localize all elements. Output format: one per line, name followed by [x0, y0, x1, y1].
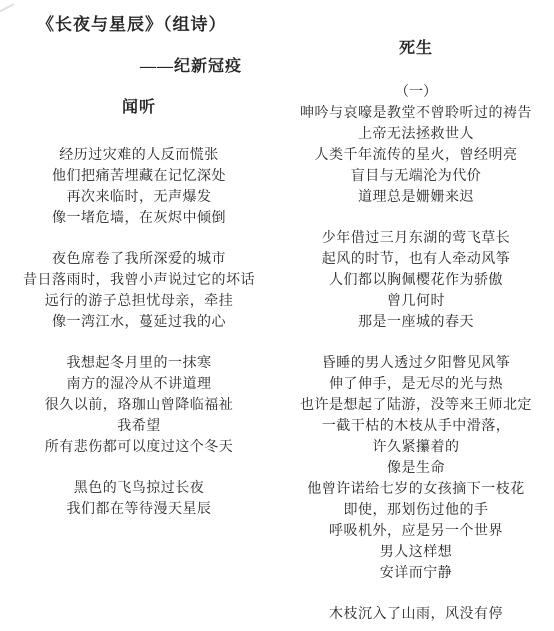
stanza: 夜色席卷了我所深爱的城市昔日落雨时，我曾小声说过它的坏话远行的游子总担忧母亲，牵…	[0, 249, 278, 333]
poem-line: 南方的湿冷从不讲道理	[0, 374, 278, 395]
poem-line: 上帝无法拯救世人	[278, 124, 554, 145]
poem-line: 昏睡的男人透过夕阳瞥见风筝	[278, 353, 554, 374]
poem-line: 呻吟与哀嚎是教堂不曾聆听过的祷告	[278, 103, 554, 124]
poem-line: 远行的游子总担忧母亲，牵挂	[0, 291, 278, 312]
left-poem-column: 闻听 经历过灾难的人反而慌张他们把痛苦埋藏在记忆深处再次来临时，无声爆发像一堵危…	[0, 97, 278, 520]
left-poem-body: 经历过灾难的人反而慌张他们把痛苦埋藏在记忆深处再次来临时，无声爆发像一堵危墙，在…	[0, 145, 278, 520]
poem-line: 他们把痛苦埋藏在记忆深处	[0, 166, 278, 187]
right-poem-body: 呻吟与哀嚎是教堂不曾聆听过的祷告上帝无法拯救世人人类千年流传的星火，曾经明亮盲目…	[278, 103, 554, 625]
poem-line: 男人这样想	[278, 542, 554, 563]
poem-line: 人们都以胸佩樱花作为骄傲	[278, 270, 554, 291]
stanza: 昏睡的男人透过夕阳瞥见风筝伸了伸手，是无尽的光与热也许是想起了陆游，没等来王师北…	[278, 353, 554, 584]
poem-line: 即使，那划伤过他的手	[278, 500, 554, 521]
poem-line: 起风的时节，也有人牵动风筝	[278, 249, 554, 270]
poem-line: 很久以前，珞珈山曾降临福祉	[0, 395, 278, 416]
document-title: 《长夜与星辰》（组诗）	[37, 10, 227, 35]
left-poem-heading: 闻听	[0, 97, 278, 118]
poem-line: 道理总是姗姗来迟	[278, 187, 554, 208]
right-poem-section-marker: （一）	[278, 82, 554, 103]
poem-line: 曾几何时	[278, 291, 554, 312]
poem-line: 呼吸机外，应是另一个世界	[278, 521, 554, 542]
poem-line: 我想起冬月里的一抹寒	[0, 353, 278, 374]
poem-line: 他曾许诺给七岁的女孩摘下一枝花	[278, 479, 554, 500]
stanza: 经历过灾难的人反而慌张他们把痛苦埋藏在记忆深处再次来临时，无声爆发像一堵危墙，在…	[0, 145, 278, 229]
right-poem-heading: 死生	[278, 38, 554, 59]
poem-line: 所有悲伤都可以度过这个冬天	[0, 437, 278, 458]
stanza: 呻吟与哀嚎是教堂不曾聆听过的祷告上帝无法拯救世人人类千年流传的星火，曾经明亮盲目…	[278, 103, 554, 208]
poem-line: 盲目与无端沦为代价	[278, 166, 554, 187]
scan-artifact	[0, 0, 14, 13]
poem-line: 再次来临时，无声爆发	[0, 187, 278, 208]
poem-line: 黑色的飞鸟掠过长夜	[0, 478, 278, 499]
poem-line: 木枝沉入了山雨，风没有停	[278, 604, 554, 625]
poem-line: 一截干枯的木枝从手中滑落，	[278, 416, 554, 437]
poem-line: 许久紧攥着的	[278, 437, 554, 458]
right-poem-column: 死生 （一） 呻吟与哀嚎是教堂不曾聆听过的祷告上帝无法拯救世人人类千年流传的星火…	[278, 38, 554, 625]
stanza: 木枝沉入了山雨，风没有停	[278, 604, 554, 625]
poem-line: 伸了伸手，是无尽的光与热	[278, 374, 554, 395]
poem-line: 经历过灾难的人反而慌张	[0, 145, 278, 166]
stanza: 黑色的飞鸟掠过长夜我们都在等待漫天星辰	[0, 478, 278, 520]
poem-line: 人类千年流传的星火，曾经明亮	[278, 145, 554, 166]
poem-line: 也许是想起了陆游，没等来王师北定	[278, 395, 554, 416]
poem-line: 夜色席卷了我所深爱的城市	[0, 249, 278, 270]
poem-line: 像是生命	[278, 458, 554, 479]
stanza: 少年借过三月东湖的莺飞草长起风的时节，也有人牵动风筝人们都以胸佩樱花作为骄傲曾几…	[278, 228, 554, 333]
poem-line: 那是一座城的春天	[278, 312, 554, 333]
stanza: 我想起冬月里的一抹寒南方的湿冷从不讲道理很久以前，珞珈山曾降临福祉我希望所有悲伤…	[0, 353, 278, 458]
poem-line: 我希望	[0, 416, 278, 437]
poem-line: 像一湾江水，蔓延过我的心	[0, 312, 278, 333]
poem-line: 昔日落雨时，我曾小声说过它的坏话	[0, 270, 278, 291]
poem-line: 少年借过三月东湖的莺飞草长	[278, 228, 554, 249]
poem-document-page: 《长夜与星辰》（组诗） ——纪新冠疫 闻听 经历过灾难的人反而慌张他们把痛苦埋藏…	[0, 0, 554, 631]
document-subtitle: ——纪新冠疫	[140, 53, 242, 76]
poem-line: 安详而宁静	[278, 563, 554, 584]
poem-line: 像一堵危墙，在灰烬中倾倒	[0, 208, 278, 229]
poem-line: 我们都在等待漫天星辰	[0, 499, 278, 520]
